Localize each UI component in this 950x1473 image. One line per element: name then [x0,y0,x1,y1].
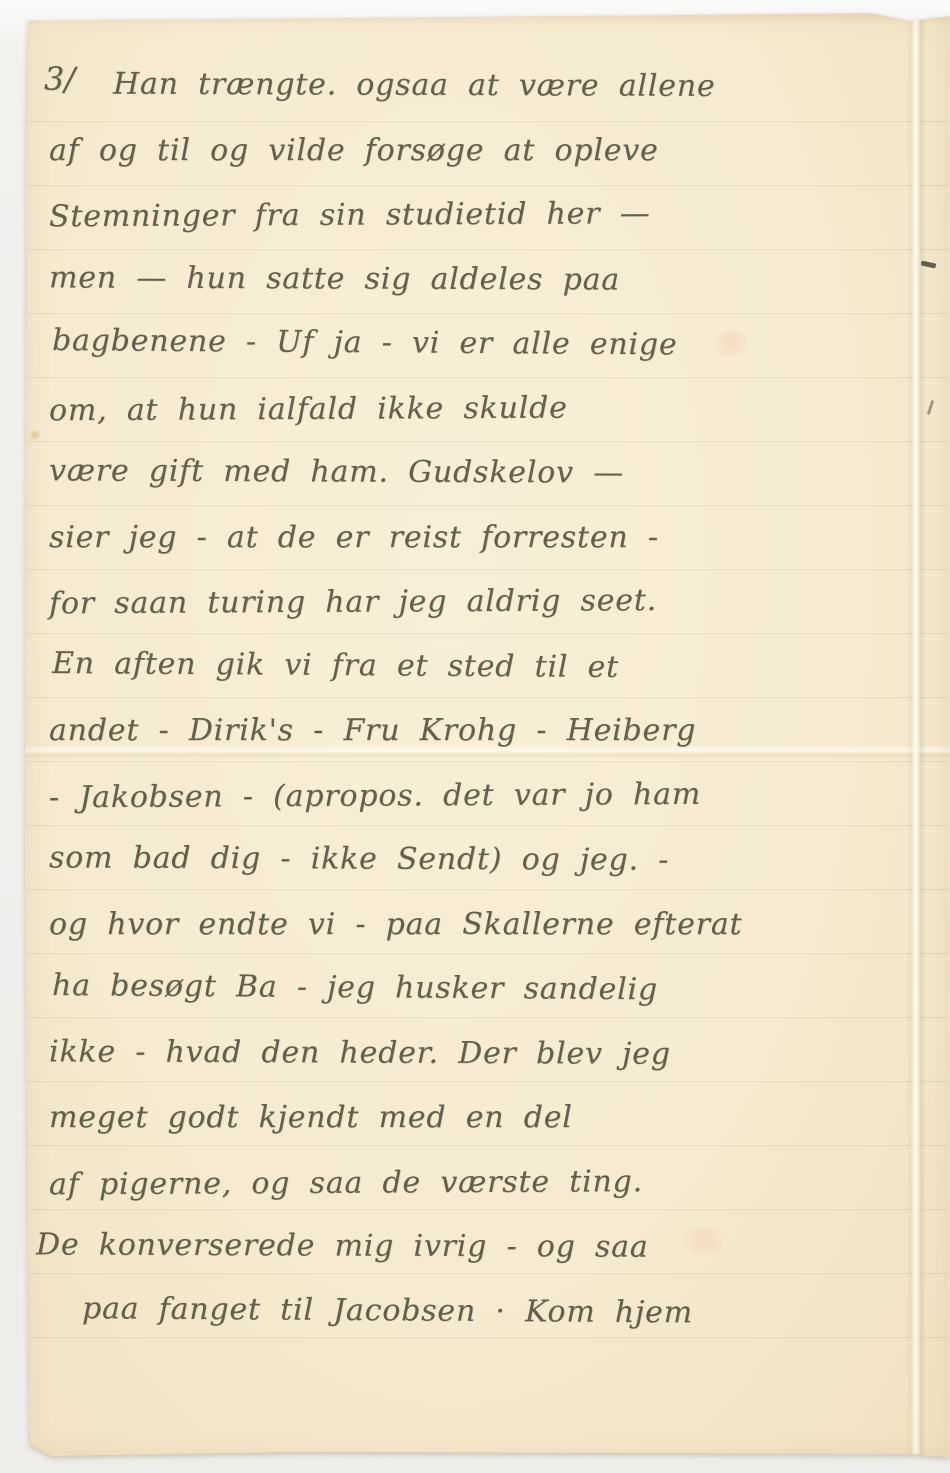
handwriting-line: om, at hun ialfald ikke skulde [49,374,915,443]
letter-page: 3/ Han trængte. ogsaa at være alleneaf o… [24,12,950,1458]
handwriting-line: af pigerne, og saa de værste ting. [49,1148,915,1217]
handwriting-line: sier jeg - at de er reist forresten - [49,506,915,571]
letter-page-wrapper: 3/ Han trængte. ogsaa at være alleneaf o… [24,12,950,1458]
handwriting-line: og hvor endte vi - paa Skallerne efterat [49,893,915,958]
handwriting-line: være gift med ham. Gudskelov — [49,439,915,507]
handwriting-line: meget godt kjendt med en del [49,1086,915,1151]
handwriting-line: De konverserede mig ivrig - og saa [36,1213,915,1281]
handwriting-line: men — hun satte sig aldeles paa [49,246,915,314]
handwriting-line: bagbenene - Uf ja - vi er alle enige [52,309,918,380]
handwriting-line: paa fanget til Jacobsen · Kom hjem [82,1277,918,1347]
handwriting-line: - Jakobsen - (apropos. det var jo ham [49,761,915,830]
handwriting-line: Stemninger fra sin studietid her — [49,181,915,250]
handwriting-line: En aften gik vi fra et sted til et [52,631,918,702]
handwriting-line: ikke - hvad den heder. Der blev jeg [49,1020,915,1088]
scan-background: 3/ Han trængte. ogsaa at være alleneaf o… [0,0,950,1473]
handwriting-line: ha besøgt Ba - jeg husker sandelig [52,954,918,1025]
handwriting-lines: Han trængte. ogsaa at være alleneaf og t… [49,54,915,1344]
handwriting-line: for saan turing har jeg aldrig seet. [49,568,915,637]
handwriting-line: Han trængte. ogsaa at være allene [49,52,915,120]
handwriting-line: andet - Dirik's - Fru Krohg - Heiberg [49,699,915,764]
handwriting-line: som bad dig - ikke Sendt) og jeg. - [49,826,915,894]
handwriting-line: af og til og vilde forsøge at opleve [49,119,915,184]
